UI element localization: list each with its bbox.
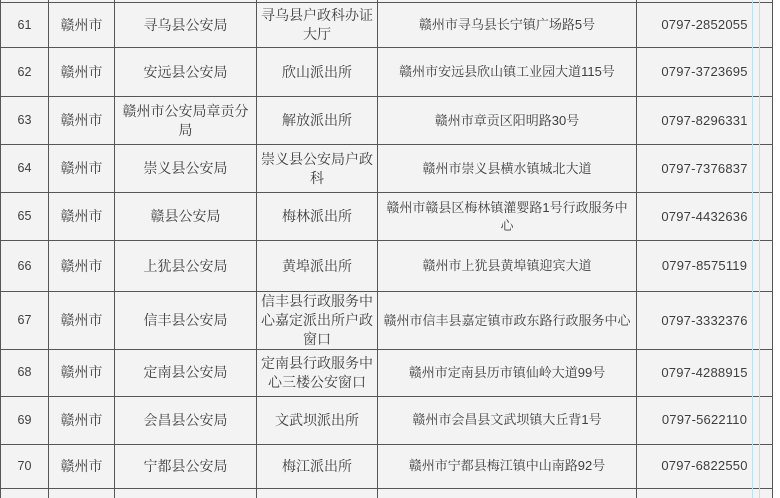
- police-station-table-screenshot: 61 赣州市 寻乌县公安局 寻乌县户政科办证大厅 赣州市寻乌县长宁镇广场路5号 …: [0, 0, 780, 498]
- cell-address: 赣州市寻乌县长宁镇广场路5号: [378, 3, 637, 48]
- table-row-partial-bottom: [1, 488, 773, 498]
- cell-empty: [378, 488, 637, 498]
- cell-city: 赣州市: [49, 3, 115, 48]
- cell-bureau: 赣县公安局: [115, 193, 257, 241]
- table-row: 65 赣州市 赣县公安局 梅林派出所 赣州市赣县区梅林镇灌婴路1号行政服务中心 …: [1, 193, 773, 241]
- cell-row-number: 69: [1, 396, 49, 444]
- cell-row-number: 63: [1, 97, 49, 145]
- cell-empty: [49, 488, 115, 498]
- cell-row-number: 61: [1, 3, 49, 48]
- cell-row-number: 66: [1, 241, 49, 292]
- cell-city: 赣州市: [49, 444, 115, 488]
- table-row: 64 赣州市 崇义县公安局 崇义县公安局户政科 赣州市崇义县横水镇城北大道 07…: [1, 145, 773, 193]
- cell-bureau: 寻乌县公安局: [115, 3, 257, 48]
- cell-city: 赣州市: [49, 48, 115, 97]
- cell-bureau: 崇义县公安局: [115, 145, 257, 193]
- cell-phone: 0797-2852055: [637, 3, 773, 48]
- table-row: 69 赣州市 会昌县公安局 文武坝派出所 赣州市会昌县文武坝镇大丘背1号 079…: [1, 396, 773, 444]
- cell-bureau: 安远县公安局: [115, 48, 257, 97]
- cell-office: 解放派出所: [257, 97, 378, 145]
- cell-address: 赣州市上犹县黄埠镇迎宾大道: [378, 241, 637, 292]
- cell-city: 赣州市: [49, 349, 115, 396]
- cell-city: 赣州市: [49, 396, 115, 444]
- cell-office: 崇义县公安局户政科: [257, 145, 378, 193]
- cell-empty: [115, 488, 257, 498]
- cell-row-number: 67: [1, 292, 49, 350]
- cell-office: 寻乌县户政科办证大厅: [257, 3, 378, 48]
- cell-row-number: 68: [1, 349, 49, 396]
- cell-address: 赣州市崇义县横水镇城北大道: [378, 145, 637, 193]
- table-row: 62 赣州市 安远县公安局 欣山派出所 赣州市安远县欣山镇工业园大道115号 0…: [1, 48, 773, 97]
- cell-phone: 0797-7376837: [637, 145, 773, 193]
- cell-row-number: 62: [1, 48, 49, 97]
- cell-address: 赣州市章贡区阳明路30号: [378, 97, 637, 145]
- cell-office: 梅江派出所: [257, 444, 378, 488]
- cell-address: 赣州市安远县欣山镇工业园大道115号: [378, 48, 637, 97]
- cell-bureau: 赣州市公安局章贡分局: [115, 97, 257, 145]
- table-row: 70 赣州市 宁都县公安局 梅江派出所 赣州市宁都县梅江镇中山南路92号 079…: [1, 444, 773, 488]
- cell-address: 赣州市信丰县嘉定镇市政东路行政服务中心: [378, 292, 637, 350]
- cell-row-number: 64: [1, 145, 49, 193]
- table-row: 61 赣州市 寻乌县公安局 寻乌县户政科办证大厅 赣州市寻乌县长宁镇广场路5号 …: [1, 3, 773, 48]
- cell-office: 定南县行政服务中心三楼公安窗口: [257, 349, 378, 396]
- cell-phone: 0797-5622110: [637, 396, 773, 444]
- cell-phone: 0797-8296331: [637, 97, 773, 145]
- cell-empty: [257, 488, 378, 498]
- cell-phone: 0797-3332376: [637, 292, 773, 350]
- cell-phone: 0797-4432636: [637, 193, 773, 241]
- cell-bureau: 上犹县公安局: [115, 241, 257, 292]
- cell-address: 赣州市定南县历市镇仙岭大道99号: [378, 349, 637, 396]
- cell-city: 赣州市: [49, 97, 115, 145]
- table-row: 66 赣州市 上犹县公安局 黄埠派出所 赣州市上犹县黄埠镇迎宾大道 0797-8…: [1, 241, 773, 292]
- cell-address: 赣州市赣县区梅林镇灌婴路1号行政服务中心: [378, 193, 637, 241]
- table-row: 63 赣州市 赣州市公安局章贡分局 解放派出所 赣州市章贡区阳明路30号 079…: [1, 97, 773, 145]
- cell-phone: 0797-4288915: [637, 349, 773, 396]
- cell-office: 欣山派出所: [257, 48, 378, 97]
- cell-office: 文武坝派出所: [257, 396, 378, 444]
- cell-office: 信丰县行政服务中心嘉定派出所户政窗口: [257, 292, 378, 350]
- cell-address: 赣州市宁都县梅江镇中山南路92号: [378, 444, 637, 488]
- cell-phone: 0797-8575119: [637, 241, 773, 292]
- cell-address: 赣州市会昌县文武坝镇大丘背1号: [378, 396, 637, 444]
- cell-row-number: 70: [1, 444, 49, 488]
- cell-city: 赣州市: [49, 193, 115, 241]
- cell-city: 赣州市: [49, 292, 115, 350]
- cell-empty: [637, 488, 773, 498]
- cell-office: 黄埠派出所: [257, 241, 378, 292]
- table-row: 67 赣州市 信丰县公安局 信丰县行政服务中心嘉定派出所户政窗口 赣州市信丰县嘉…: [1, 292, 773, 350]
- cell-row-number: 65: [1, 193, 49, 241]
- table-row: 68 赣州市 定南县公安局 定南县行政服务中心三楼公安窗口 赣州市定南县历市镇仙…: [1, 349, 773, 396]
- cell-phone: 0797-3723695: [637, 48, 773, 97]
- cell-empty: [1, 488, 49, 498]
- cell-phone: 0797-6822550: [637, 444, 773, 488]
- cell-bureau: 会昌县公安局: [115, 396, 257, 444]
- cell-bureau: 定南县公安局: [115, 349, 257, 396]
- police-station-table: 61 赣州市 寻乌县公安局 寻乌县户政科办证大厅 赣州市寻乌县长宁镇广场路5号 …: [0, 0, 773, 498]
- cell-office: 梅林派出所: [257, 193, 378, 241]
- cell-bureau: 宁都县公安局: [115, 444, 257, 488]
- cell-city: 赣州市: [49, 145, 115, 193]
- cell-bureau: 信丰县公安局: [115, 292, 257, 350]
- cell-city: 赣州市: [49, 241, 115, 292]
